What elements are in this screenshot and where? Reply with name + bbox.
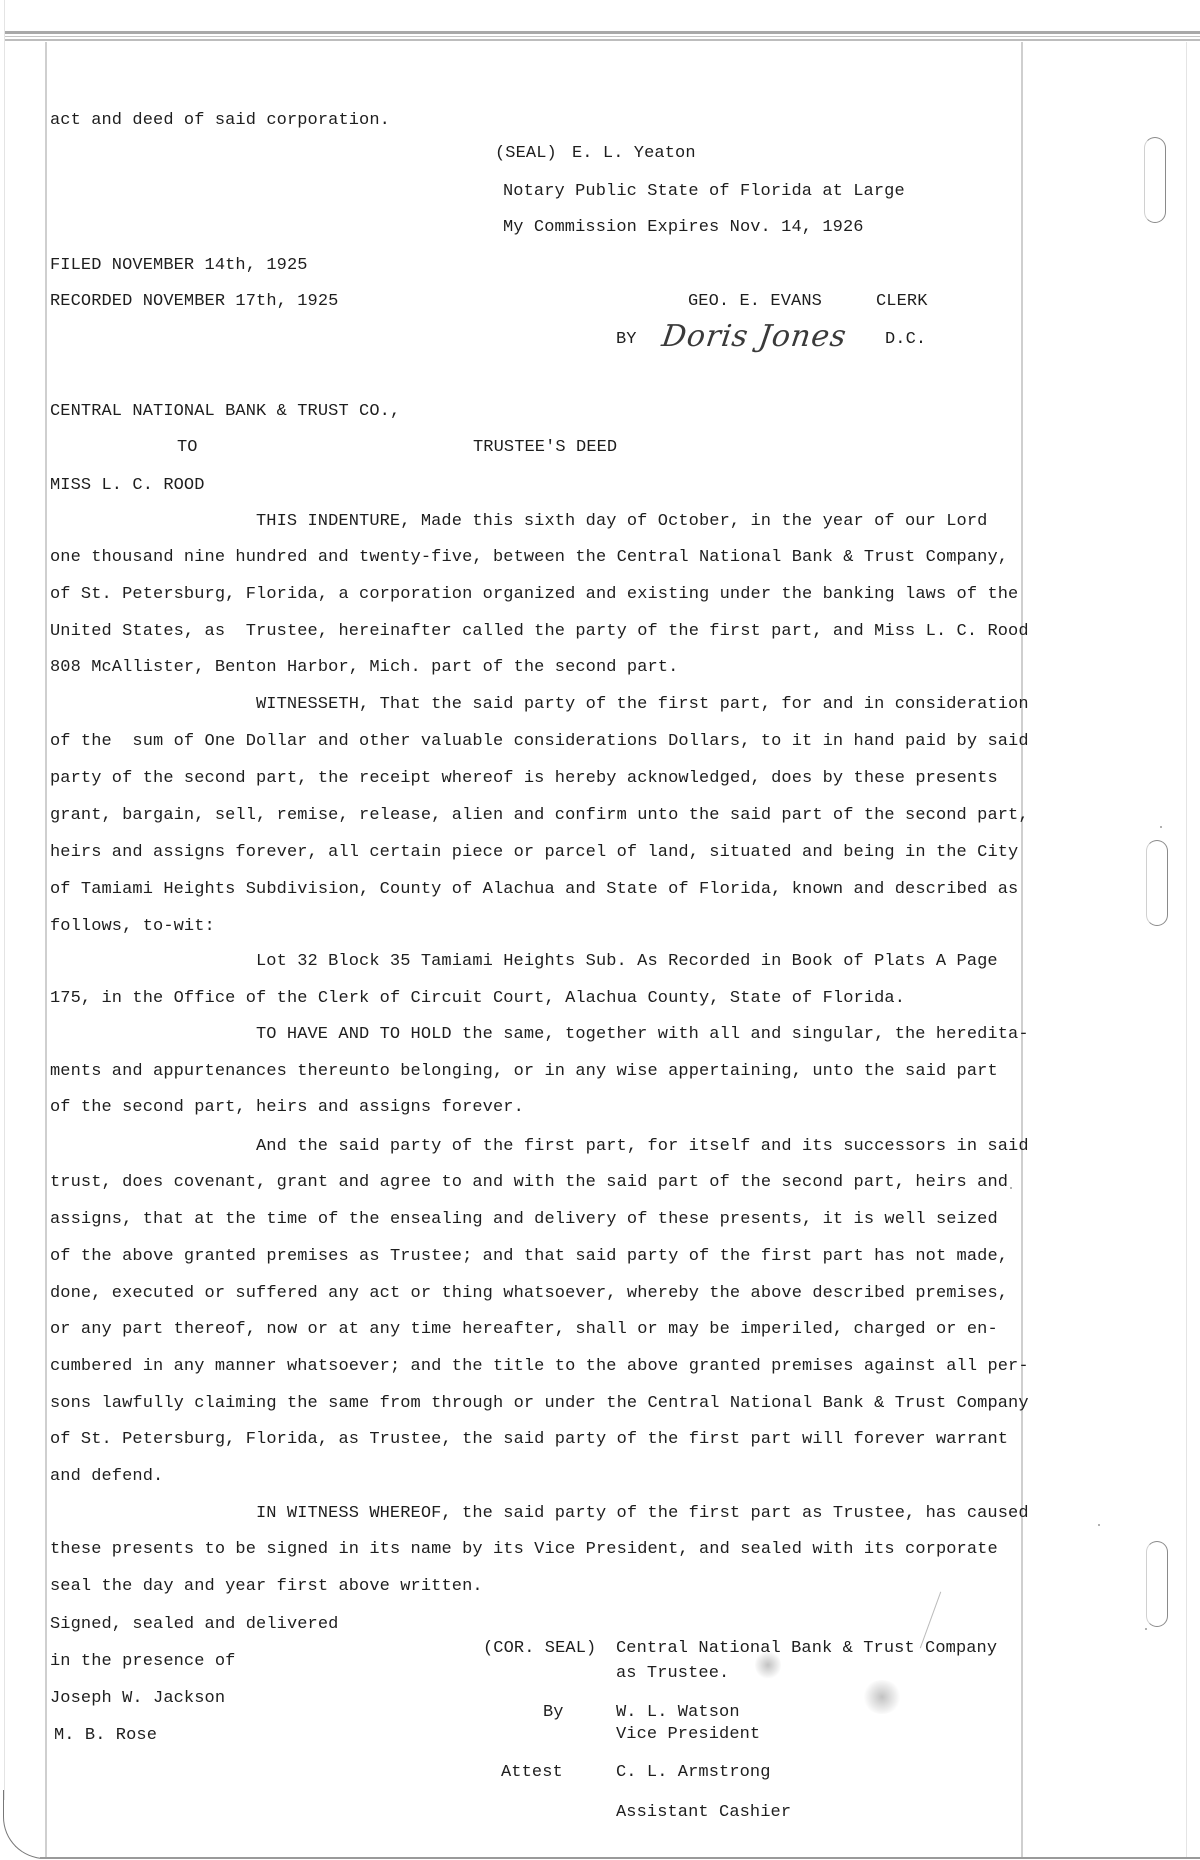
grantor: CENTRAL NATIONAL BANK & TRUST CO., bbox=[50, 402, 400, 422]
body-line: of Tamiami Heights Subdivision, County o… bbox=[50, 880, 1018, 900]
body-line: of the second part, heirs and assigns fo… bbox=[50, 1098, 524, 1118]
body-line: heirs and assigns forever, all certain p… bbox=[50, 843, 1018, 863]
body-line: done, executed or suffered any act or th… bbox=[50, 1284, 1008, 1304]
corporation-capacity: as Trustee. bbox=[616, 1664, 729, 1684]
body-line: 808 McAllister, Benton Harbor, Mich. par… bbox=[50, 658, 678, 678]
legal-description: Lot 32 Block 35 Tamiami Heights Sub. As … bbox=[256, 952, 998, 972]
signer-name: W. L. Watson bbox=[616, 1703, 740, 1723]
binder-hole-top bbox=[1144, 137, 1166, 223]
page-edge-left bbox=[4, 0, 5, 1800]
caption-to: TO bbox=[177, 438, 198, 458]
body-line: of St. Petersburg, Florida, a corporatio… bbox=[50, 585, 1018, 605]
body-line: or any part thereof, now or at any time … bbox=[50, 1320, 998, 1340]
witness-intro: Signed, sealed and delivered bbox=[50, 1615, 338, 1635]
filed-date: FILED NOVEMBER 14th, 1925 bbox=[50, 256, 308, 276]
deed-page: act and deed of said corporation. (SEAL)… bbox=[0, 0, 1200, 1860]
deed-title: TRUSTEE'S DEED bbox=[473, 438, 617, 458]
seal-embossing-mark bbox=[755, 1650, 781, 1680]
signer-title: Vice President bbox=[616, 1725, 760, 1745]
witness-name: M. B. Rose bbox=[54, 1726, 157, 1746]
deputy-title: D.C. bbox=[885, 330, 926, 350]
attester-name: C. L. Armstrong bbox=[616, 1763, 771, 1783]
top-rule bbox=[4, 31, 1200, 34]
body-line: sons lawfully claiming the same from thr… bbox=[50, 1394, 1029, 1414]
body-line: And the said party of the first part, fo… bbox=[256, 1137, 1029, 1157]
body-line: assigns, that at the time of the enseali… bbox=[50, 1210, 998, 1230]
notary-name: E. L. Yeaton bbox=[572, 144, 696, 164]
binder-hole-middle bbox=[1146, 840, 1168, 926]
by-label: BY bbox=[616, 330, 637, 350]
seal-embossing-mark bbox=[862, 1680, 902, 1714]
corporate-seal: (COR. SEAL) bbox=[483, 1639, 596, 1659]
speck bbox=[1160, 826, 1162, 828]
bottom-rule bbox=[40, 1857, 1200, 1859]
body-line: party of the second part, the receipt wh… bbox=[50, 769, 998, 789]
body-line: WITNESSETH, That the said party of the f… bbox=[256, 695, 1029, 715]
body-line: THIS INDENTURE, Made this sixth day of O… bbox=[256, 512, 987, 532]
right-margin-line bbox=[1021, 42, 1023, 1857]
body-line: of St. Petersburg, Florida, as Trustee, … bbox=[50, 1430, 1008, 1450]
page-corner bbox=[3, 1790, 46, 1859]
body-line: United States, as Trustee, hereinafter c… bbox=[50, 622, 1029, 642]
body-line: seal the day and year first above writte… bbox=[50, 1577, 483, 1597]
body-line: trust, does covenant, grant and agree to… bbox=[50, 1173, 1008, 1193]
top-rule-lower bbox=[4, 39, 1200, 41]
opening-line: act and deed of said corporation. bbox=[50, 111, 390, 131]
corporation-name: Central National Bank & Trust Company bbox=[616, 1639, 997, 1659]
notary-seal: (SEAL) bbox=[495, 144, 557, 164]
body-line: one thousand nine hundred and twenty-fiv… bbox=[50, 548, 1008, 568]
deputy-signature: Doris Jones bbox=[660, 320, 849, 354]
left-margin-line bbox=[45, 42, 47, 1857]
body-line: of the sum of One Dollar and other valua… bbox=[50, 732, 1029, 752]
notary-title: Notary Public State of Florida at Large bbox=[503, 182, 905, 202]
by-label: By bbox=[543, 1703, 564, 1723]
body-line: these presents to be signed in its name … bbox=[50, 1540, 998, 1560]
witness-intro: in the presence of bbox=[50, 1652, 235, 1672]
body-line: IN WITNESS WHEREOF, the said party of th… bbox=[256, 1504, 1029, 1524]
grantee: MISS L. C. ROOD bbox=[50, 476, 205, 496]
binder-hole-bottom bbox=[1146, 1541, 1168, 1627]
clerk-name: GEO. E. EVANS bbox=[688, 292, 822, 312]
speck bbox=[1010, 1187, 1012, 1189]
recorded-date: RECORDED NOVEMBER 17th, 1925 bbox=[50, 292, 338, 312]
speck bbox=[1098, 1524, 1100, 1526]
body-line: grant, bargain, sell, remise, release, a… bbox=[50, 806, 1029, 826]
speck bbox=[1145, 1628, 1147, 1630]
clerk-title: CLERK bbox=[876, 292, 928, 312]
body-line: TO HAVE AND TO HOLD the same, together w… bbox=[256, 1025, 1029, 1045]
top-rule-inner bbox=[4, 36, 1200, 37]
body-line: follows, to-wit: bbox=[50, 917, 215, 937]
attester-title: Assistant Cashier bbox=[616, 1803, 791, 1823]
body-line: of the above granted premises as Trustee… bbox=[50, 1247, 1008, 1267]
body-line: and defend. bbox=[50, 1467, 163, 1487]
body-line: cumbered in any manner whatsoever; and t… bbox=[50, 1357, 1029, 1377]
witness-name: Joseph W. Jackson bbox=[50, 1689, 225, 1709]
attest-label: Attest bbox=[501, 1763, 563, 1783]
body-line: ments and appurtenances thereunto belong… bbox=[50, 1062, 998, 1082]
page-edge-right bbox=[1186, 42, 1187, 1857]
legal-description: 175, in the Office of the Clerk of Circu… bbox=[50, 989, 905, 1009]
notary-commission: My Commission Expires Nov. 14, 1926 bbox=[503, 218, 864, 238]
